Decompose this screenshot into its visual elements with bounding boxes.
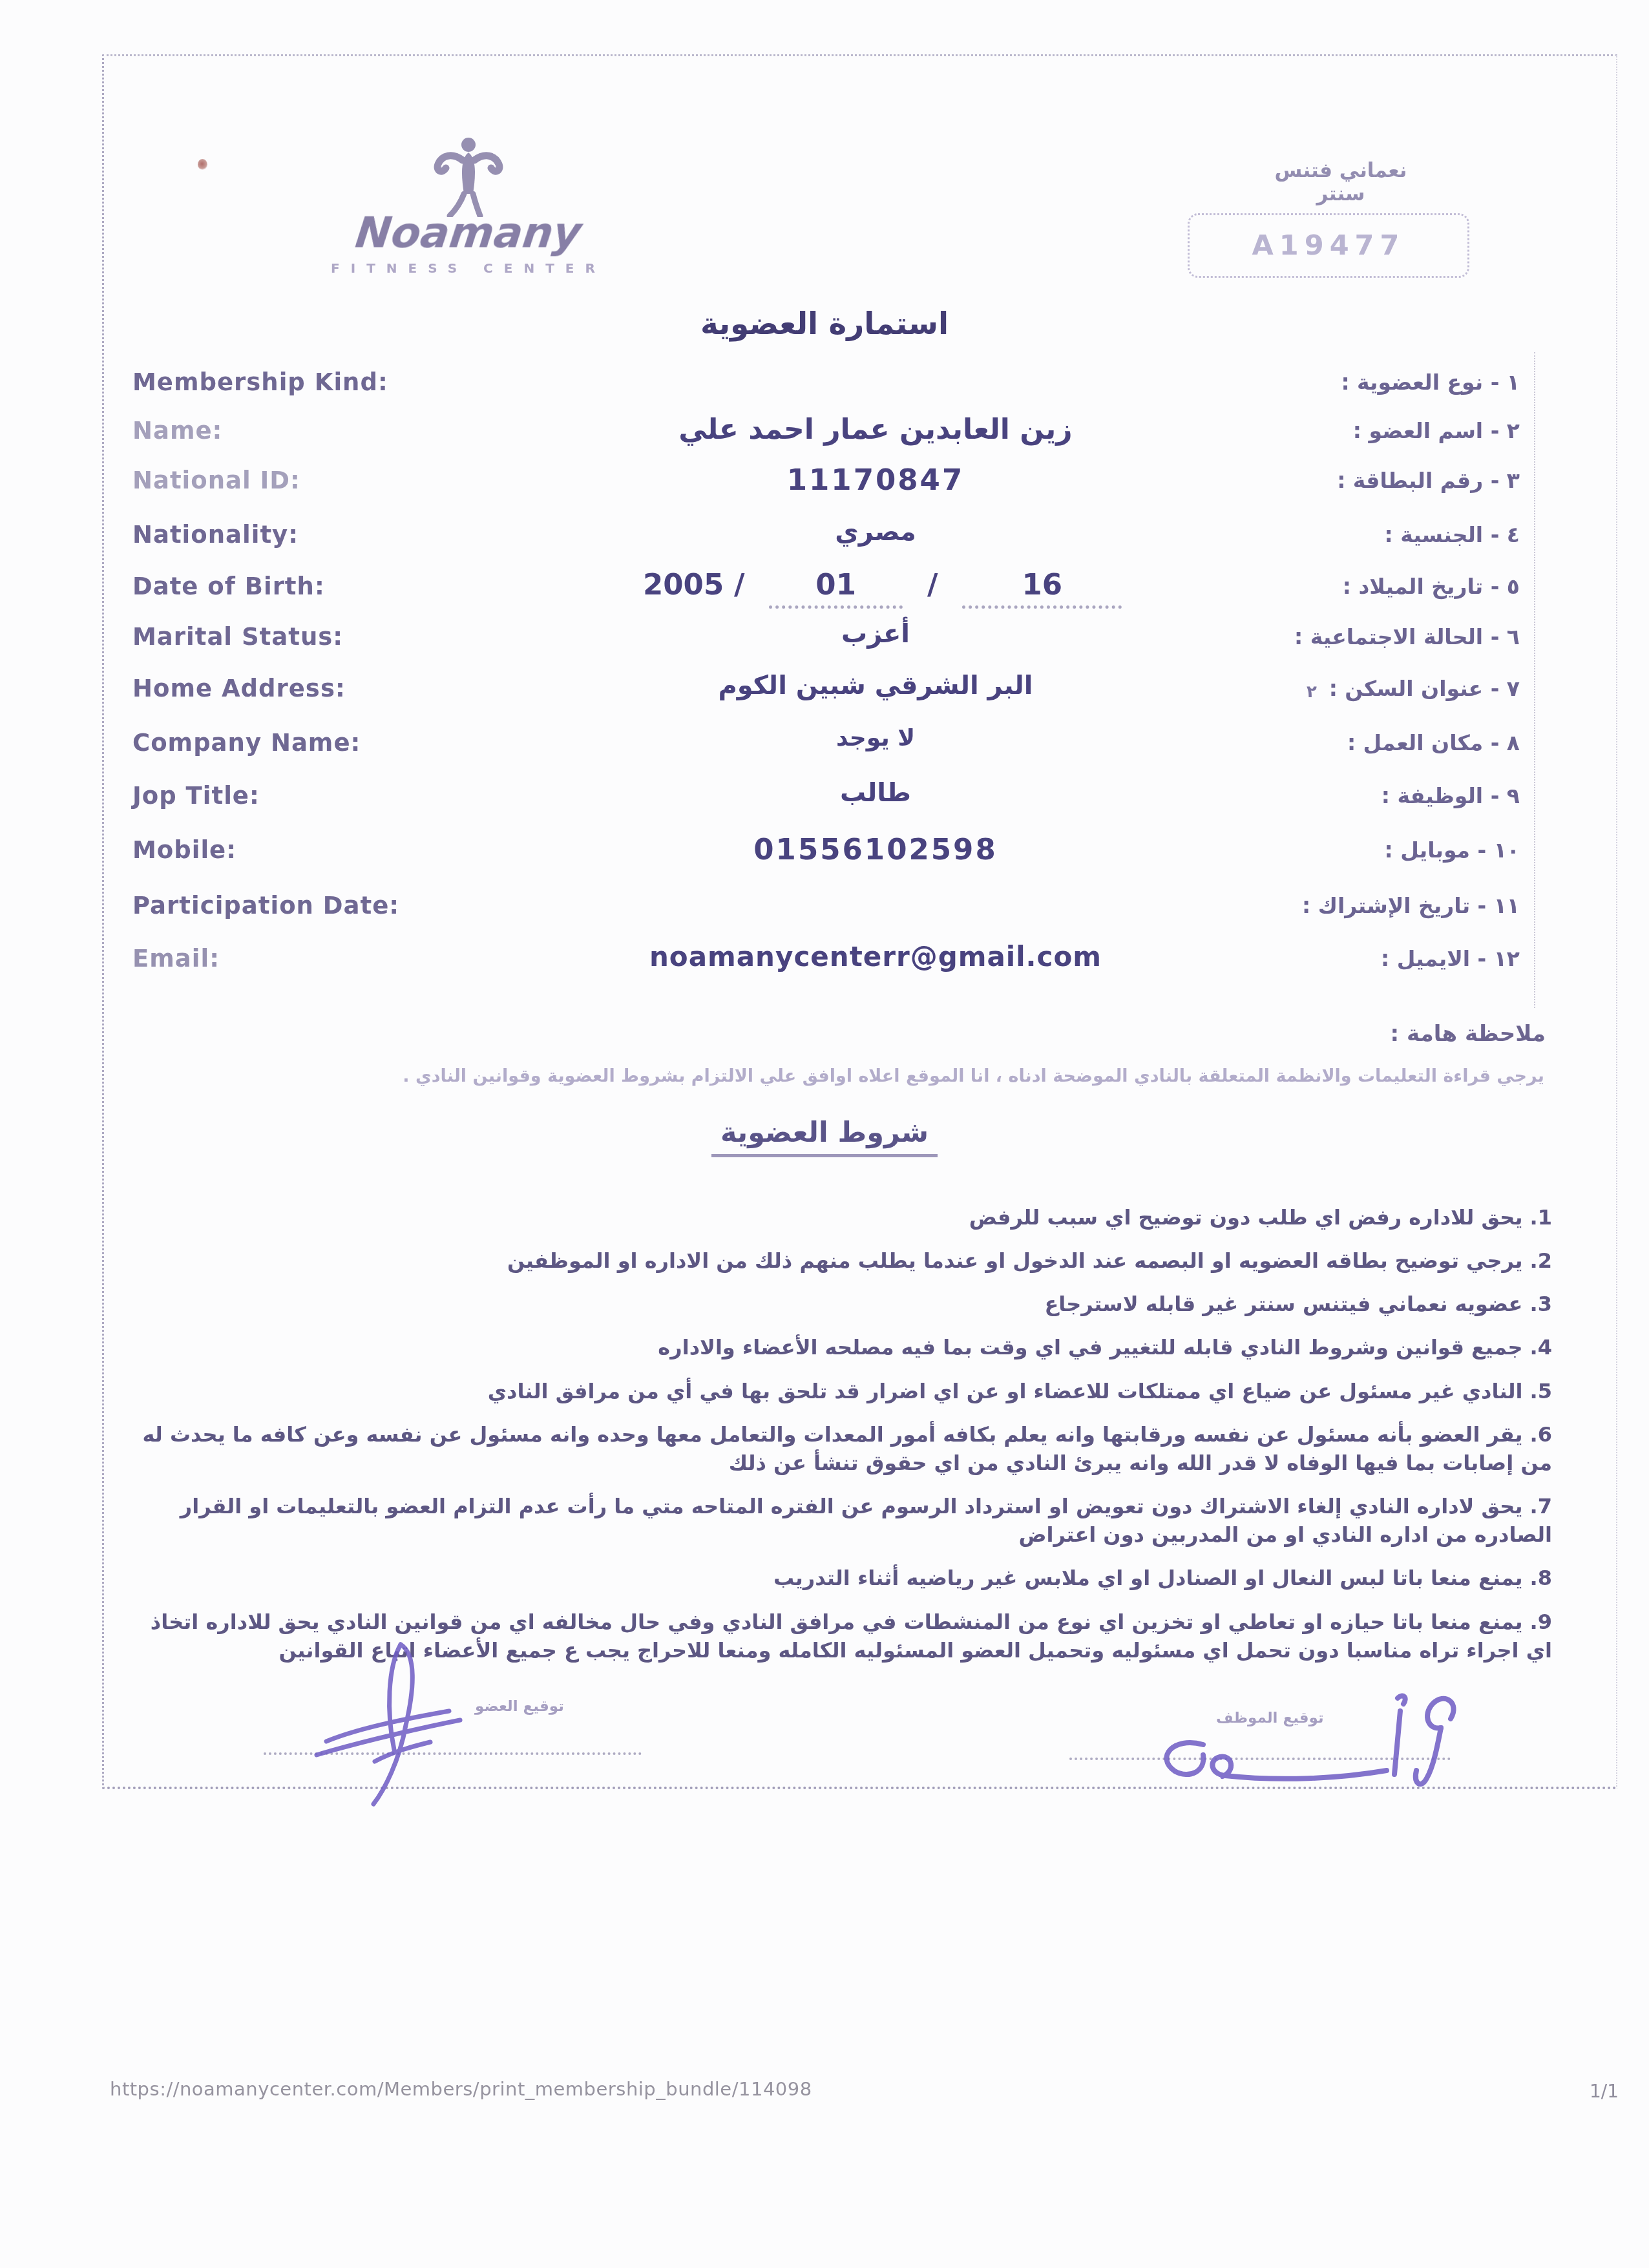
form-row-date-of-birth: Date of Birth: 2005 / 01 / 16 ٥ - تاريخ … — [132, 572, 1520, 614]
field-label-en: Company Name: — [132, 729, 361, 757]
dob-year: 2005 / — [643, 567, 744, 602]
field-label-en: Participation Date: — [132, 892, 399, 919]
field-label-en: Name: — [132, 417, 222, 445]
staff-signature-ink — [1118, 1680, 1467, 1809]
member-signature-ink — [297, 1628, 504, 1822]
noamany-logo: Noamany FITNESS CENTER — [326, 134, 611, 276]
dob-month: 01 — [769, 567, 903, 609]
terms-title-wrap: شروط العضوية — [0, 1117, 1649, 1157]
form-row-national-id: National ID: 11170847 ٣ - رقم البطاقة : — [132, 467, 1520, 508]
field-label-ar: ١٢ - الايميل : — [1381, 946, 1520, 971]
field-value: مصري — [507, 517, 1244, 547]
field-label-ar: ٩ - الوظيفة : — [1381, 783, 1520, 808]
form-row-nationality: Nationality: مصري ٤ - الجنسية : — [132, 521, 1520, 562]
dob-separator: / — [927, 567, 938, 602]
field-label-ar: ١ - نوع العضوية : — [1341, 370, 1520, 395]
important-note-text: يرجي قراءة التعليمات والانظمة المتعلقة ب… — [403, 1066, 1544, 1086]
term-item-1: 1. يحق للاداره رفض اي طلب دون توضيح اي س… — [120, 1203, 1552, 1232]
terms-title: شروط العضوية — [711, 1117, 938, 1157]
term-item-3: 3. عضويه نعماني فيتنس سنتر غير قابله لاس… — [120, 1290, 1552, 1318]
field-value: زين العابدين عمار احمد علي — [507, 413, 1244, 446]
field-label-ar: ١١ - تاريخ الإشتراك : — [1302, 893, 1520, 918]
field-value: طالب — [507, 778, 1244, 808]
field-value: لا يوجد — [507, 725, 1244, 751]
field-label-en: Nationality: — [132, 521, 299, 549]
field-value: 01556102598 — [507, 832, 1244, 866]
membership-code: A19477 — [1252, 229, 1405, 262]
logo-tagline: FITNESS CENTER — [326, 260, 611, 276]
field-label-en: Date of Birth: — [132, 572, 325, 600]
field-label-ar: ١٠ - موبايل : — [1385, 837, 1520, 863]
form-row-participation-date: Participation Date: ١١ - تاريخ الإشتراك … — [132, 892, 1520, 933]
footer-page-number: 1/1 — [1590, 2081, 1619, 2102]
stray-ink-mark: ٢ — [1307, 682, 1317, 702]
field-value: 11170847 — [507, 463, 1244, 497]
term-item-4: 4. جميع قوانين وشروط النادي قابله للتغيي… — [120, 1333, 1552, 1361]
field-label-en: Jop Title: — [132, 782, 260, 810]
field-label-ar: ٥ - تاريخ الميلاد : — [1343, 574, 1520, 599]
field-label-en: Mobile: — [132, 836, 236, 864]
field-value: البر الشرقي شبين الكوم — [507, 671, 1244, 700]
term-item-7: 7. يحق لاداره النادي إلغاء الاشتراك دون … — [120, 1492, 1552, 1549]
brand-name-arabic: نعماني فتنس سنتر — [1257, 159, 1425, 205]
field-label-en: Home Address: — [132, 675, 346, 702]
page-title: استمارة العضوية — [0, 306, 1649, 342]
form-row-marital-status: Marital Status: أعزب ٦ - الحالة الاجتماع… — [132, 623, 1520, 664]
field-label-ar: ٢ - اسم العضو : — [1353, 418, 1520, 443]
dob-value: 2005 / 01 / 16 — [643, 567, 1289, 609]
field-label-en: Marital Status: — [132, 623, 343, 651]
field-label-ar: ٨ - مكان العمل : — [1347, 730, 1520, 755]
term-item-6: 6. يقر العضو بأنه مسئول عن نفسه ورقابتها… — [120, 1420, 1552, 1477]
field-label-en: Membership Kind: — [132, 368, 388, 396]
field-value: أعزب — [507, 619, 1244, 649]
field-label-en: National ID: — [132, 467, 300, 494]
form-row-membership-kind: Membership Kind: ١ - نوع العضوية : — [132, 368, 1520, 410]
term-item-2: 2. يرجي توضيح بطاقه العضويه او البصمه عن… — [120, 1246, 1552, 1275]
membership-code-box: A19477 — [1188, 213, 1469, 278]
form-row-job-title: Jop Title: طالب ٩ - الوظيفة : — [132, 782, 1520, 823]
field-label-ar: ٧ - عنوان السكن : — [1329, 676, 1520, 701]
terms-list: 1. يحق للاداره رفض اي طلب دون توضيح اي س… — [120, 1203, 1552, 1679]
field-label-en: Email: — [132, 945, 220, 972]
field-label-ar: ٦ - الحالة الاجتماعية : — [1294, 624, 1520, 649]
ink-speck — [198, 159, 207, 170]
term-item-5: 5. النادي غير مسئول عن ضياع اي ممتلكات ل… — [120, 1377, 1552, 1405]
form-row-company-name: Company Name: لا يوجد ٨ - مكان العمل : — [132, 729, 1520, 770]
form-row-mobile: Mobile: 01556102598 ١٠ - موبايل : — [132, 836, 1520, 877]
field-label-ar: ٣ - رقم البطاقة : — [1337, 468, 1520, 493]
important-note-label: ملاحظة هامة : — [1391, 1021, 1546, 1047]
field-label-ar: ٤ - الجنسية : — [1384, 522, 1520, 547]
field-value: noamanycenterr@gmail.com — [507, 941, 1244, 972]
scan-fold-line — [1534, 352, 1535, 1008]
dob-day: 16 — [962, 567, 1122, 609]
bodybuilder-icon — [420, 134, 517, 217]
term-item-8: 8. يمنع منعا باتا لبس النعال او الصنادل … — [120, 1564, 1552, 1592]
footer-url: https://noamanycenter.com/Members/print_… — [110, 2078, 812, 2100]
form-row-name: Name: زين العابدين عمار احمد علي ٢ - اسم… — [132, 417, 1520, 458]
logo-wordmark: Noamany — [323, 208, 613, 258]
form-row-email: Email: noamanycenterr@gmail.com ١٢ - الا… — [132, 945, 1520, 986]
